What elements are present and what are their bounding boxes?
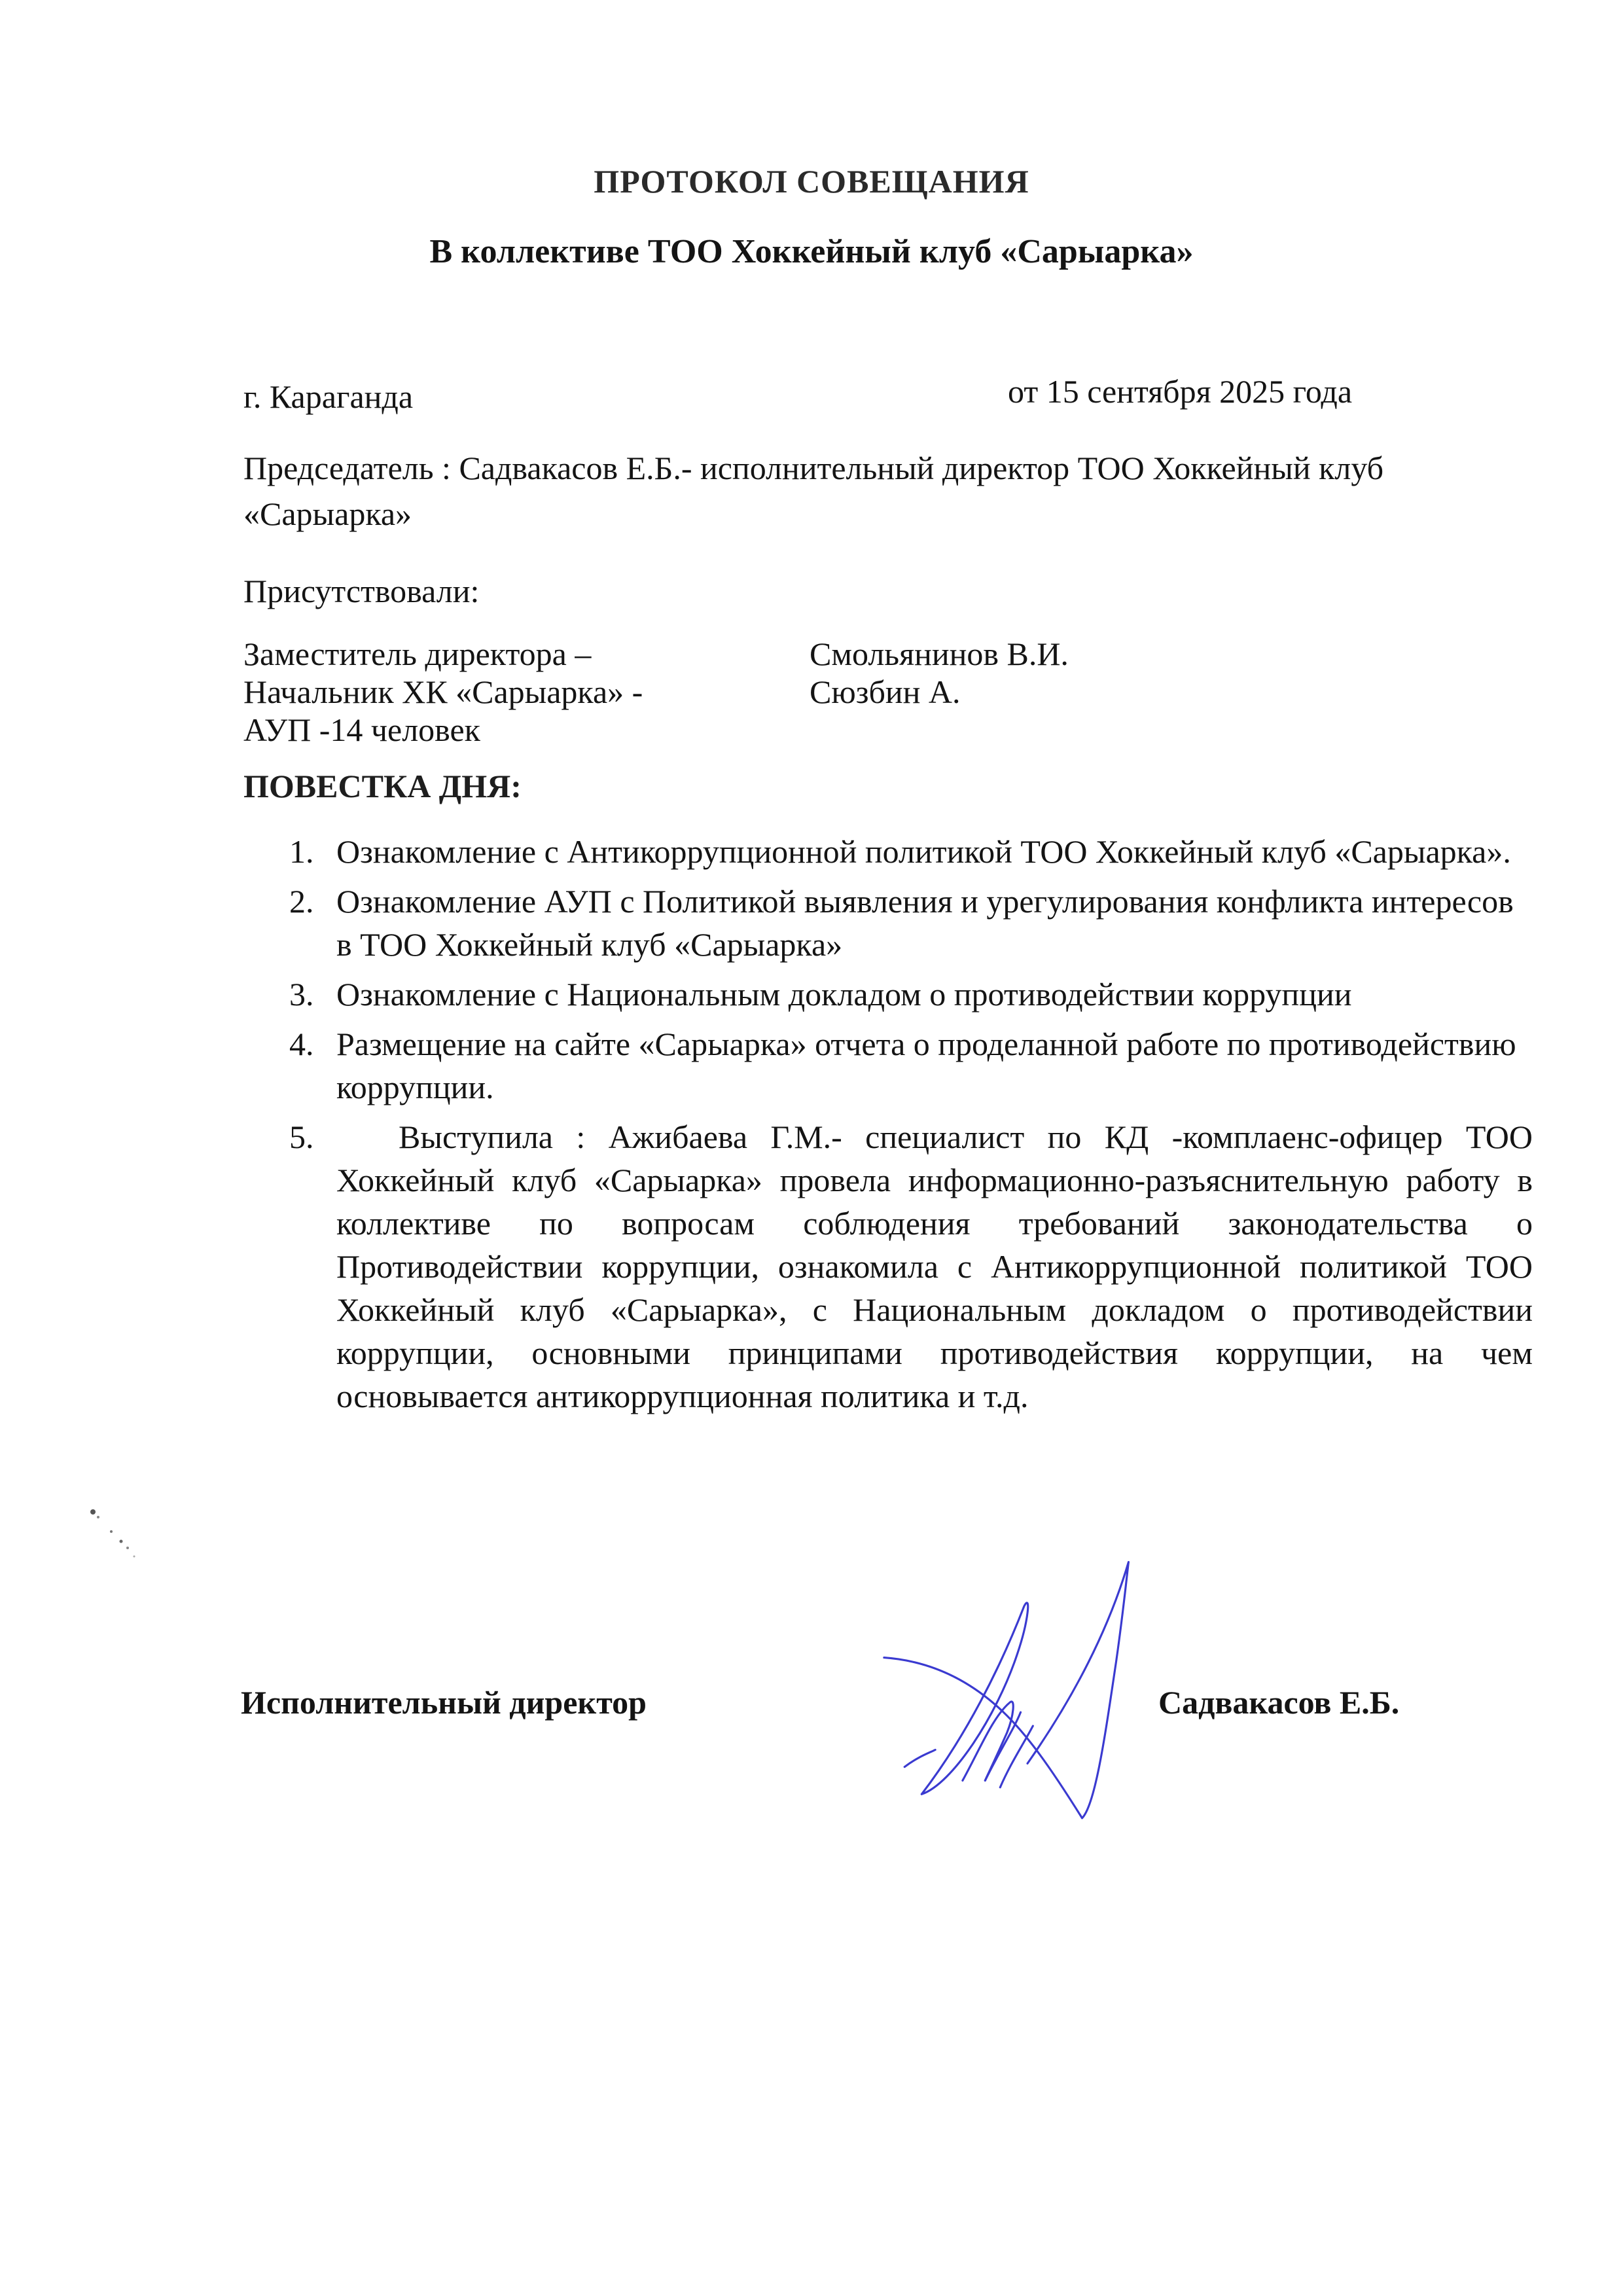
attendee-role: Заместитель директора – [243,635,643,673]
attendee-name: Смольянинов В.И. [810,635,1069,673]
city: г. Караганда [243,375,413,418]
attendee-names: Смольянинов В.И. Сюзбин А. [810,635,1069,711]
meeting-date: от 15 сентября 2025 года [1008,370,1352,413]
agenda-item: 2. Ознакомление АУП с Политикой выявлени… [289,880,1533,966]
agenda-item-number: 4. [289,1022,314,1066]
agenda-item: 5. Выступила : Ажибаева Г.М.- специалист… [289,1115,1533,1418]
document-subtitle: В коллективе ТОО Хоккейный клуб «Сарыарк… [0,232,1623,271]
agenda-item-number: 5. [289,1115,314,1158]
attendee-role: АУП -14 человек [243,711,643,749]
document-title: ПРОТОКОЛ СОВЕЩАНИЯ [0,162,1623,200]
handwritten-signature-icon [870,1558,1185,1833]
attendee-roles: Заместитель директора – Начальник ХК «Са… [243,635,643,749]
agenda-item-number: 2. [289,880,314,923]
signatory-title: Исполнительный директор [241,1683,647,1721]
scan-artifact-mark-icon [85,1505,144,1564]
agenda-item-text: Размещение на сайте «Сарыарка» отчета о … [336,1022,1533,1109]
agenda-item-number: 1. [289,830,314,873]
agenda-item-body: Выступила : Ажибаева Г.М.- специалист по… [336,1119,1533,1414]
attendee-name: Сюзбин А. [810,673,1069,711]
attendee-role: Начальник ХК «Сарыарка» - [243,673,643,711]
agenda-item: 1. Ознакомление с Антикоррупционной поли… [289,830,1533,873]
agenda-heading: ПОВЕСТКА ДНЯ: [243,767,522,805]
present-label: Присутствовали: [243,569,479,613]
agenda-item-text: Ознакомление с Антикоррупционной политик… [336,830,1533,873]
agenda-item-text: Выступила : Ажибаева Г.М.- специалист по… [336,1115,1533,1418]
agenda-list: 1. Ознакомление с Антикоррупционной поли… [289,830,1533,1424]
agenda-item-number: 3. [289,973,314,1016]
document-page: ПРОТОКОЛ СОВЕЩАНИЯ В коллективе ТОО Хокк… [0,0,1623,2296]
chairman: Председатель : Садвакасов Е.Б.- исполнит… [243,445,1500,537]
signatory-name: Садвакасов Е.Б. [1158,1683,1399,1721]
agenda-item: 3. Ознакомление с Национальным докладом … [289,973,1533,1016]
agenda-item-text: Ознакомление АУП с Политикой выявления и… [336,880,1533,966]
agenda-item: 4. Размещение на сайте «Сарыарка» отчета… [289,1022,1533,1109]
agenda-item-text: Ознакомление с Национальным докладом о п… [336,973,1533,1016]
